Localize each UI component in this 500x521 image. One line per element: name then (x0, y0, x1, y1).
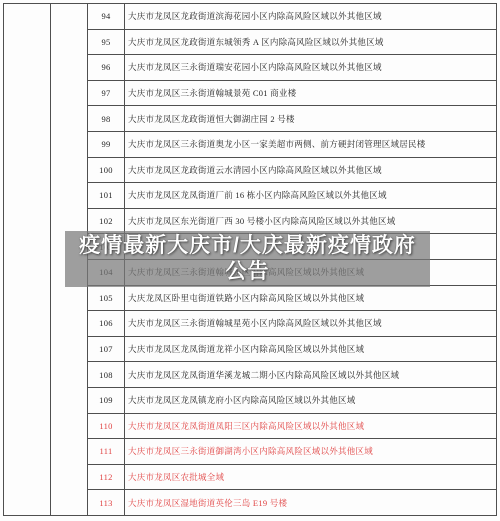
row-number: 100 (88, 158, 125, 183)
table-row: 95大庆市龙凤区龙政街道东城领秀 A 区内除高风险区域以外其他区域 (88, 30, 496, 56)
row-area-text: 大庆市龙凤区龙凤街道凤阳三区内除高风险区域以外其他区域 (125, 414, 496, 439)
row-number: 106 (88, 311, 125, 336)
row-number: 99 (88, 132, 125, 157)
row-area-text: 大庆市龙凤区龙政街道云水清园小区内除高风险区域以外其他区域 (125, 158, 496, 183)
row-number: 107 (88, 337, 125, 362)
headline-watermark: 疫情最新大庆市/大庆最新疫情政府 公告 (65, 231, 430, 287)
row-area-text: 大庆市龙凤区龙凤街道厂前 16 栋小区内除高风险区域以外其他区域 (125, 183, 496, 208)
row-area-text: 大庆市龙凤区三永街道奥龙小区一家美超市两侧、前方硬封闭管理区域居民楼 (125, 132, 496, 157)
table-row: 113大庆市龙凤区湿地街道英伦三岛 E19 号楼 (88, 490, 496, 515)
row-number: 112 (88, 465, 125, 490)
row-number: 105 (88, 286, 125, 311)
table-row: 108大庆市龙凤区龙凤街道华溪龙城二期小区内除高风险区域以外其他区域 (88, 362, 496, 388)
row-area-text: 大庆市龙凤区农批城全域 (125, 465, 496, 490)
row-area-text: 大庆市龙凤区湿地街道英伦三岛 E19 号楼 (125, 490, 496, 515)
table-row: 106大庆市龙凤区三永街道翰城星苑小区内除高风险区域以外其他区域 (88, 311, 496, 337)
row-number: 113 (88, 490, 125, 515)
row-number: 97 (88, 81, 125, 106)
table-row: 98大庆市龙凤区龙政街道恒大御湖庄园 2 号楼 (88, 106, 496, 132)
table-row: 99大庆市龙凤区三永街道奥龙小区一家美超市两侧、前方硬封闭管理区域居民楼 (88, 132, 496, 158)
table-row: 96大庆市龙凤区三永街道瑞安花园小区内除高风险区域以外其他区域 (88, 55, 496, 81)
row-number: 111 (88, 439, 125, 464)
row-number: 110 (88, 414, 125, 439)
table-row: 105大庆龙凤区卧里屯街道铁路小区内除高风险区域以外其他区域 (88, 286, 496, 312)
row-number: 108 (88, 362, 125, 387)
table-row: 110大庆市龙凤区龙凤街道凤阳三区内除高风险区域以外其他区域 (88, 414, 496, 440)
row-area-text: 大庆市龙凤区龙凤镇龙府小区内除高风险区域以外其他区域 (125, 388, 496, 413)
row-number: 95 (88, 30, 125, 55)
table-row: 101大庆市龙凤区龙凤街道厂前 16 栋小区内除高风险区域以外其他区域 (88, 183, 496, 209)
row-area-text: 大庆市龙凤区龙政街道东城领秀 A 区内除高风险区域以外其他区域 (125, 30, 496, 55)
table-row: 109大庆市龙凤区龙凤镇龙府小区内除高风险区域以外其他区域 (88, 388, 496, 414)
row-area-text: 大庆市龙凤区龙政街道滨海花园小区内除高风险区域以外其他区域 (125, 4, 496, 29)
row-area-text: 大庆市龙凤区东光街道厂西 30 号楼小区内除高风险区域以外其他区域 (125, 209, 496, 234)
row-area-text: 大庆市龙凤区三永街道瑞安花园小区内除高风险区域以外其他区域 (125, 55, 496, 80)
row-number: 109 (88, 388, 125, 413)
row-area-text: 大庆市龙凤区三永街道翰城星苑小区内除高风险区域以外其他区域 (125, 311, 496, 336)
row-number: 102 (88, 209, 125, 234)
table-row: 112大庆市龙凤区农批城全域 (88, 465, 496, 491)
row-area-text: 大庆市龙凤区龙凤街道龙祥小区内除高风险区域以外其他区域 (125, 337, 496, 362)
merged-cell-left-outer (4, 4, 51, 515)
table-row: 97大庆市龙凤区三永街道翰城景苑 C01 商业楼 (88, 81, 496, 107)
row-number: 94 (88, 4, 125, 29)
table-row: 100大庆市龙凤区龙政街道云水清园小区内除高风险区域以外其他区域 (88, 158, 496, 184)
row-number: 101 (88, 183, 125, 208)
headline-line1: 疫情最新大庆市/大庆最新疫情政府 (79, 233, 416, 259)
row-number: 96 (88, 55, 125, 80)
row-area-text: 大庆市龙凤区三永街道翰城景苑 C01 商业楼 (125, 81, 496, 106)
row-area-text: 大庆市龙凤区三永街道御湖湾小区内除高风险区域以外其他区域 (125, 439, 496, 464)
table-row: 94大庆市龙凤区龙政街道滨海花园小区内除高风险区域以外其他区域 (88, 4, 496, 30)
row-number: 98 (88, 106, 125, 131)
row-area-text: 大庆龙凤区卧里屯街道铁路小区内除高风险区域以外其他区域 (125, 286, 496, 311)
row-area-text: 大庆市龙凤区龙凤街道华溪龙城二期小区内除高风险区域以外其他区域 (125, 362, 496, 387)
table-row: 107大庆市龙凤区龙凤街道龙祥小区内除高风险区域以外其他区域 (88, 337, 496, 363)
headline-line2: 公告 (226, 259, 270, 285)
table-row: 111大庆市龙凤区三永街道御湖湾小区内除高风险区域以外其他区域 (88, 439, 496, 465)
row-area-text: 大庆市龙凤区龙政街道恒大御湖庄园 2 号楼 (125, 106, 496, 131)
